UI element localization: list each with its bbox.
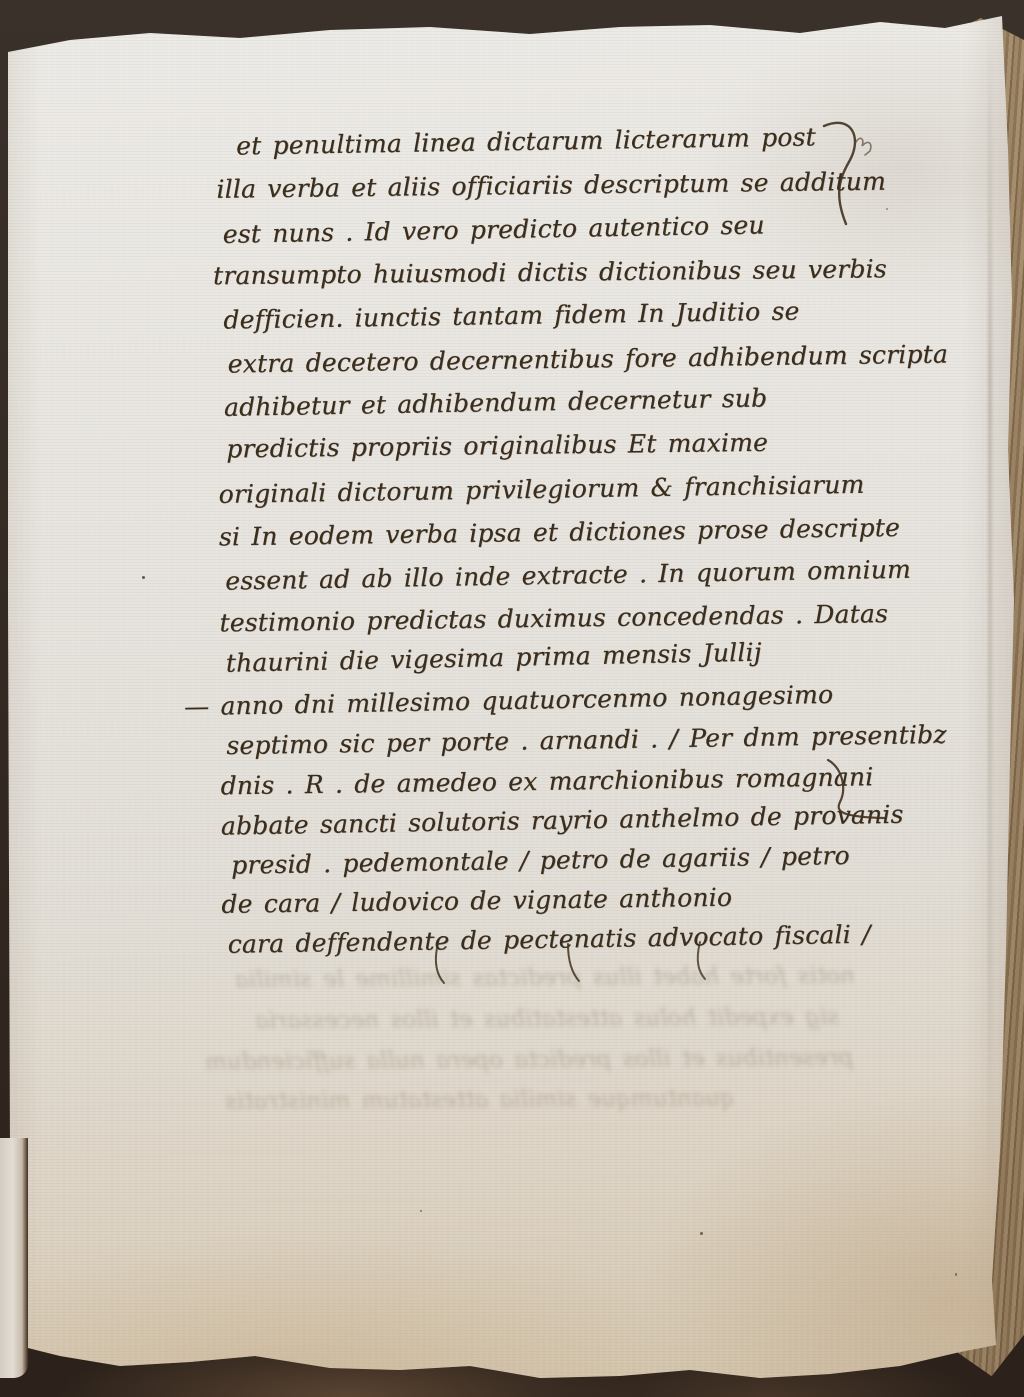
manuscript-line: presid . pedemontale / petro de agariis … [231, 841, 850, 880]
manuscript-line: si In eodem verba ipsa et dictiones pros… [219, 513, 900, 552]
manuscript-line: adhibetur et adhibendum decernetur sub [224, 383, 768, 421]
manuscript-line: originali dictorum privilegiorum & franc… [218, 470, 864, 509]
ink-speck [700, 1232, 703, 1235]
manuscript-line: predictis propriis originalibus Et maxim… [226, 428, 768, 464]
manuscript-text-block: et penultima linea dictarum licterarum p… [0, 0, 1024, 1397]
manuscript-line: — anno dni millesimo quatuorcenmo nonage… [184, 680, 834, 721]
manuscript-line: extra decetero decernentibus fore adhibe… [227, 339, 948, 378]
ink-speck [420, 1210, 422, 1212]
manuscript-line: abbate sancti solutoris rayrio anthelmo … [221, 800, 904, 841]
manuscript-line: cara deffendente de pectenatis advocato … [227, 920, 870, 959]
photographed-book-background: et penultima linea dictarum licterarum p… [0, 0, 1024, 1397]
manuscript-line: septimo sic per porte . arnandi . / Per … [226, 720, 947, 760]
showthrough-line: notis forte habet illus predictas simill… [235, 963, 855, 993]
manuscript-line: transumpto huiusmodi dictis dictionibus … [213, 254, 887, 290]
manuscript-line: dnis . R . de amedeo ex marchionibus rom… [220, 762, 873, 800]
ink-speck [142, 576, 145, 579]
manuscript-line: illa verba et aliis officiariis descript… [216, 167, 886, 204]
manuscript-line: testimonio predictas duximus concedendas… [219, 599, 888, 637]
showthrough-line: presentibus et illos predicta opera null… [205, 1045, 854, 1076]
manuscript-line: est nuns . Id vero predicto autentico se… [223, 210, 765, 248]
showthrough-line: sig expedit holus attestatibus et illos … [255, 1004, 839, 1034]
manuscript-line: thaurini die vigesima prima mensis Julli… [225, 638, 761, 678]
ink-speck [886, 208, 888, 210]
manuscript-page: et penultima linea dictarum licterarum p… [0, 0, 1024, 1397]
showthrough-line: quantumque similia attestatum ministrati… [225, 1085, 735, 1115]
ink-speck [955, 1273, 957, 1276]
manuscript-line: defficien. iunctis tantam fidem In Judit… [223, 296, 800, 334]
manuscript-line: essent ad ab illo inde extracte . In quo… [225, 555, 911, 596]
gutter-page-roll [0, 1138, 28, 1378]
manuscript-line: de cara / ludovico de vignate anthonio [221, 883, 732, 919]
manuscript-line: et penultima linea dictarum licterarum p… [236, 122, 816, 160]
